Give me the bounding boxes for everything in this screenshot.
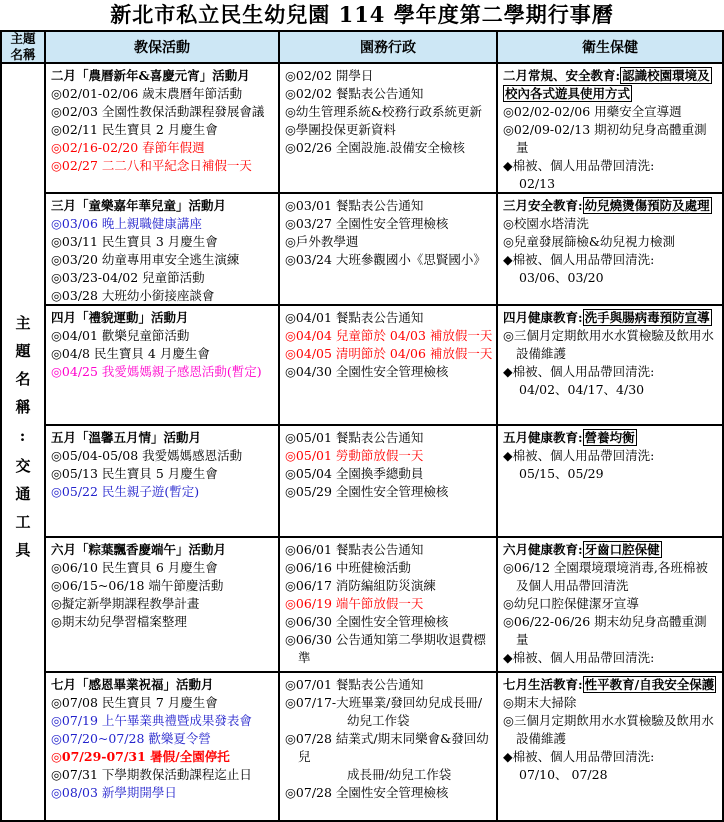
apr-health-cell: 四月健康教育:洗手與腸病毒預防宣導◎三個月定期飲用水水質檢驗及飲用水設備維護◆棉… [498,306,722,424]
calendar-item: ◎05/01 勞動節放假一天 [285,447,493,465]
calendar-item: ◎08/03 新學期開學日 [51,784,275,802]
calendar-item: ◎06/22-06/26 期末幼兒身高體重測量 [503,613,719,649]
calendar-item: ◎02/02 開學日 [285,67,493,85]
calendar-item: ◆棉被、個人用品帶回清洗: [503,251,719,269]
calendar-item: ◎02/02-02/06 用藥安全宣導週 [503,103,719,121]
calendar-item: ◎03/20 幼童專用車安全逃生演練 [51,251,275,269]
health-topic-boxed: 性平教育/自我安全保護 [583,676,717,693]
calendar-item: ◎06/15~06/18 端午節慶活動 [51,577,275,595]
calendar-item: ◎05/01 餐點表公告通知 [285,429,493,447]
calendar-item: ◆棉被、個人用品帶回清洗: [503,649,719,667]
health-topic-title: 二月常規、安全教育:認識校園環境及校內各式遊具使用方式 [503,67,719,103]
health-topic-prefix: 二月常規、安全教育: [503,68,620,83]
calendar-item: 05/15、05/29 [503,465,719,483]
calendar-item: ◆棉被、個人用品帶回清洗: [503,363,719,381]
month-activity-title: 五月「溫馨五月情」活動月 [51,429,275,447]
calendar-item: ◎幼生管理系統&校務行政系統更新 [285,103,493,121]
calendar-item: ◎期末大掃除 [503,694,719,712]
month-activity-title: 二月「農曆新年&喜慶元宵」活動月 [51,67,275,85]
calendar-item: ◎02/09-02/13 期初幼兒身高體重測量 [503,121,719,157]
jul-activities-cell: 七月「感恩畢業祝福」活動月◎07/08 民生寶貝 7 月慶生會◎07/19 上午… [46,673,278,820]
month-activity-title: 七月「感恩畢業祝福」活動月 [51,676,275,694]
calendar-item: ◎校園水塔清洗 [503,215,719,233]
calendar-item: ◎04/01 歡樂兒童節活動 [51,327,275,345]
theme-name-label: 主題名稱:交通工具 [13,315,34,570]
health-topic-prefix: 七月生活教育: [503,677,583,692]
calendar-item: ◎06/01 餐點表公告通知 [285,541,493,559]
calendar-item: ◎02/27 二二八和平紀念日補假一天 [51,157,275,175]
calendar-item: ◎04/05 清明節於 04/06 補放假一天 [285,345,493,363]
calendar-item: ◎07/29-07/31 暑假/全園停托 [51,748,275,766]
health-topic-title: 七月生活教育:性平教育/自我安全保護 [503,676,719,694]
calendar-item: 03/06、03/20 [503,269,719,287]
may-admin-cell: ◎05/01 餐點表公告通知◎05/01 勞動節放假一天◎05/04 全園換季總… [280,426,496,536]
calendar-item: ◎學團投保更新資料 [285,121,493,139]
calendar-item: ◎06/16 中班健檢活動 [285,559,493,577]
health-topic-boxed: 牙齒口腔保健 [583,541,662,558]
feb-health-cell: 二月常規、安全教育:認識校園環境及校內各式遊具使用方式◎02/02-02/06 … [498,64,722,192]
calendar-item: ◎03/27 全園性安全管理檢核 [285,215,493,233]
calendar-item: ◎03/11 民生寶貝 3 月慶生會 [51,233,275,251]
jun-admin-cell: ◎06/01 餐點表公告通知◎06/16 中班健檢活動◎06/17 消防編組防災… [280,538,496,671]
calendar-item: ◎07/28 全園性安全管理檢核 [285,784,493,802]
calendar-item: ◎05/04-05/08 我愛媽媽感恩活動 [51,447,275,465]
calendar-item: ◎02/26 全園設施.設備安全檢核 [285,139,493,157]
calendar-item: 04/02、04/17、4/30 [503,381,719,399]
calendar-item: 02/13 [503,175,719,192]
mar-activities-cell: 三月「童樂嘉年華兒童」活動月◎03/06 晚上親職健康講座◎03/11 民生寶貝… [46,194,278,304]
calendar-item: 06/12、06/26 [503,667,719,671]
apr-activities-cell: 四月「禮貌運動」活動月◎04/01 歡樂兒童節活動◎04/8 民生寶貝 4 月慶… [46,306,278,424]
calendar-item: ◎07/31 下學期教保活動課程迄止日 [51,766,275,784]
calendar-item: ◎07/20~07/28 歡樂夏令營 [51,730,275,748]
calendar-item: ◎期末幼兒學習檔案整理 [51,613,275,631]
calendar-item: ◎06/19 端午節放假一天 [285,595,493,613]
calendar-item: 07/10、 07/28 [503,766,719,784]
mar-admin-cell: ◎03/01 餐點表公告通知◎03/27 全園性安全管理檢核◎戶外教學週◎03/… [280,194,496,304]
calendar-item: ◎03/23-04/02 兒童節活動 [51,269,275,287]
apr-admin-cell: ◎04/01 餐點表公告通知◎04/04 兒童節於 04/03 補放假一天◎04… [280,306,496,424]
calendar-item: ◎06/10 民生寶貝 6 月慶生會 [51,559,275,577]
health-topic-prefix: 三月安全教育: [503,198,583,213]
calendar-item: ◎03/06 晚上親職健康講座 [51,215,275,233]
jul-admin-cell: ◎07/01 餐點表公告通知◎07/17-大班畢業/發回幼兒成長冊/幼兒工作袋◎… [280,673,496,820]
calendar-item: ◎05/22 民生親子遊(暫定) [51,483,275,501]
calendar-item: ◎三個月定期飲用水水質檢驗及飲用水設備維護 [503,327,719,363]
page-title: 新北市私立民生幼兒園 114 學年度第二學期行事曆 [0,0,724,30]
calendar-item: ◎04/30 全園性安全管理檢核 [285,363,493,381]
may-activities-cell: 五月「溫馨五月情」活動月◎05/04-05/08 我愛媽媽感恩活動◎05/13 … [46,426,278,536]
health-topic-boxed: 洗手與腸病毒預防宣導 [583,309,712,326]
jul-health-cell: 七月生活教育:性平教育/自我安全保護◎期末大掃除◎三個月定期飲用水水質檢驗及飲用… [498,673,722,820]
calendar-item: ◎06/12 全園環境環境消毒,各班棉被及個人用品帶回清洗 [503,559,719,595]
health-topic-prefix: 五月健康教育: [503,430,583,445]
calendar-item: ◎05/29 全園性安全管理檢核 [285,483,493,501]
calendar-item: ◎06/30 全園性安全管理檢核 [285,613,493,631]
calendar-item: ◆棉被、個人用品帶回清洗: [503,748,719,766]
column-header-theme: 主題名稱 [2,32,44,62]
calendar-item: ◎幼兒口腔保健潔牙宣導 [503,595,719,613]
may-health-cell: 五月健康教育:營養均衡◆棉被、個人用品帶回清洗:05/15、05/29 [498,426,722,536]
calendar-item: ◎05/04 全園換季總動員 [285,465,493,483]
calendar-table: 主題名稱 教保活動 園務行政 衛生保健 主題名稱:交通工具 二月「農曆新年&喜慶… [0,30,724,822]
calendar-item: 成長冊/幼兒工作袋 [285,766,493,784]
calendar-item: ◎02/11 民生寶貝 2 月慶生會 [51,121,275,139]
calendar-item: ◎07/08 民生寶貝 7 月慶生會 [51,694,275,712]
calendar-item: ◎04/8 民生寶貝 4 月慶生會 [51,345,275,363]
calendar-page: 新北市私立民生幼兒園 114 學年度第二學期行事曆 主題名稱 教保活動 園務行政… [0,0,724,822]
calendar-item: ◎04/01 餐點表公告通知 [285,309,493,327]
calendar-item: ◎02/16-02/20 春節年假週 [51,139,275,157]
month-activity-title: 四月「禮貌運動」活動月 [51,309,275,327]
calendar-item: ◎07/01 餐點表公告通知 [285,676,493,694]
calendar-item: ◎02/01-02/06 歲末農曆年節活動 [51,85,275,103]
calendar-item: ◎06/17 消防編組防災演練 [285,577,493,595]
health-topic-prefix: 六月健康教育: [503,542,583,557]
calendar-item: ◎03/24 大班參觀國小《思賢國小》 [285,251,493,269]
month-activity-title: 三月「童樂嘉年華兒童」活動月 [51,197,275,215]
feb-admin-cell: ◎02/02 開學日◎02/02 餐點表公告通知◎幼生管理系統&校務行政系統更新… [280,64,496,192]
calendar-item: ◎06/30 公告通知第二學期收退費標準 [285,631,493,667]
health-topic-prefix: 四月健康教育: [503,310,583,325]
calendar-item: ◆棉被、個人用品帶回清洗: [503,157,719,175]
health-topic-title: 三月安全教育:幼兒燒燙傷預防及處理 [503,197,719,215]
jun-health-cell: 六月健康教育:牙齒口腔保健◎06/12 全園環境環境消毒,各班棉被及個人用品帶回… [498,538,722,671]
calendar-item: 幼兒工作袋 [285,712,493,730]
health-topic-title: 六月健康教育:牙齒口腔保健 [503,541,719,559]
column-header-health: 衛生保健 [498,32,722,62]
calendar-item: ◎03/01 餐點表公告通知 [285,197,493,215]
calendar-item: ◎07/17-大班畢業/發回幼兒成長冊/ [285,694,493,712]
health-topic-boxed: 幼兒燒燙傷預防及處理 [583,197,712,214]
calendar-item: ◎02/03 全園性教保活動課程發展會議 [51,103,275,121]
calendar-item: ◎擬定新學期課程教學計畫 [51,595,275,613]
health-topic-boxed: 營養均衡 [583,429,637,446]
column-header-admin: 園務行政 [280,32,496,62]
calendar-item: ◎戶外教學週 [285,233,493,251]
feb-activities-cell: 二月「農曆新年&喜慶元宵」活動月◎02/01-02/06 歲末農曆年節活動◎02… [46,64,278,192]
calendar-item: ◎三個月定期飲用水水質檢驗及飲用水設備維護 [503,712,719,748]
month-activity-title: 六月「粽葉飄香慶端午」活動月 [51,541,275,559]
health-topic-title: 五月健康教育:營養均衡 [503,429,719,447]
mar-health-cell: 三月安全教育:幼兒燒燙傷預防及處理◎校園水塔清洗◎兒童發展篩檢&幼兒視力檢測◆棉… [498,194,722,304]
calendar-item: ◎05/13 民生寶貝 5 月慶生會 [51,465,275,483]
jun-activities-cell: 六月「粽葉飄香慶端午」活動月◎06/10 民生寶貝 6 月慶生會◎06/15~0… [46,538,278,671]
calendar-item: ◎兒童發展篩檢&幼兒視力檢測 [503,233,719,251]
calendar-item: ◎07/28 結業式/期末同樂會&發回幼兒 [285,730,493,766]
theme-name-cell: 主題名稱:交通工具 [2,64,44,820]
calendar-item: ◆棉被、個人用品帶回清洗: [503,447,719,465]
health-topic-title: 四月健康教育:洗手與腸病毒預防宣導 [503,309,719,327]
calendar-item: ◎07/19 上午畢業典禮暨成果發表會 [51,712,275,730]
column-header-activities: 教保活動 [46,32,278,62]
calendar-item: ◎04/04 兒童節於 04/03 補放假一天 [285,327,493,345]
calendar-item: ◎02/02 餐點表公告通知 [285,85,493,103]
calendar-item: ◎03/28 大班幼小銜接座談會 [51,287,275,304]
calendar-item: ◎04/25 我愛媽媽親子感恩活動(暫定) [51,363,275,381]
